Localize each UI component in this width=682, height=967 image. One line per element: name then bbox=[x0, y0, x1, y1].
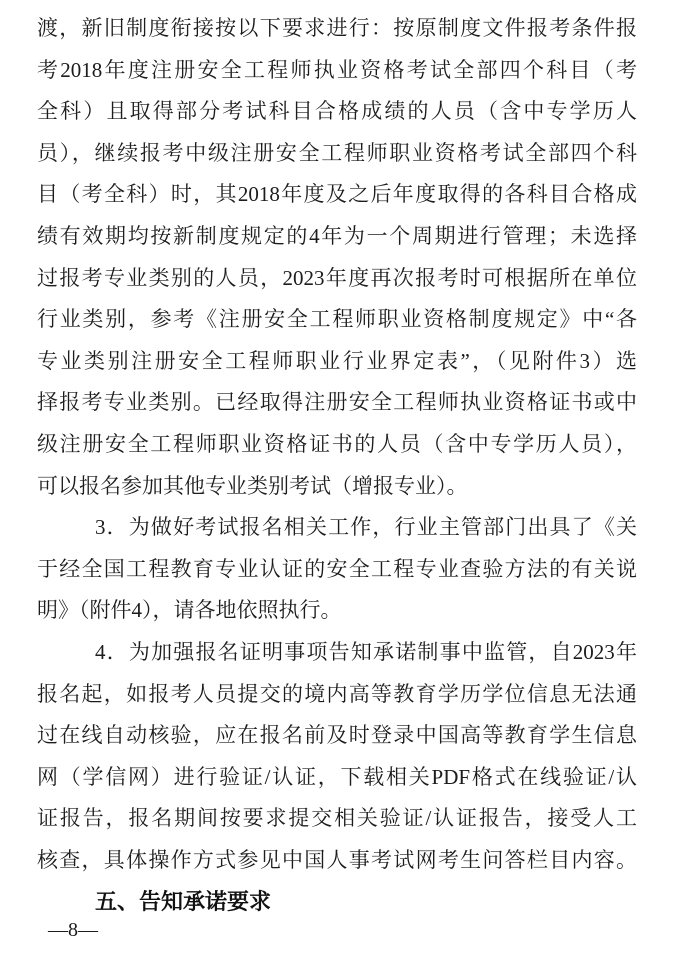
text-line: 择报考专业类别。已经取得注册安全工程师执业资格证书或中 bbox=[37, 382, 637, 424]
text-line: 级注册安全工程师职业资格证书的人员（含中专学历人员）， bbox=[37, 424, 637, 466]
text-line: 行业类别，参考《注册安全工程师职业资格制度规定》中“各 bbox=[37, 299, 637, 341]
text-line: 过在线自动核验，应在报名前及时登录中国高等教育学生信息 bbox=[37, 715, 637, 757]
text-line: 可以报名参加其他专业类别考试（增报专业）。 bbox=[37, 466, 637, 508]
text-line: 网（学信网）进行验证/认证，下载相关PDF格式在线验证/认 bbox=[37, 757, 637, 799]
page-number: —8— bbox=[48, 918, 98, 942]
document-page: 渡，新旧制度衔接按以下要求进行：按原制度文件报考条件报 考2018年度注册安全工… bbox=[0, 0, 682, 967]
text-line: 过报考专业类别的人员，2023年度再次报考时可根据所在单位 bbox=[37, 258, 637, 300]
body-text: 渡，新旧制度衔接按以下要求进行：按原制度文件报考条件报 考2018年度注册安全工… bbox=[37, 8, 637, 923]
text-line: 专业类别注册安全工程师职业行业界定表”，（见附件3）选 bbox=[37, 341, 637, 383]
text-line: 渡，新旧制度衔接按以下要求进行：按原制度文件报考条件报 bbox=[37, 8, 637, 50]
text-line: 于经全国工程教育专业认证的安全工程专业查验方法的有关说 bbox=[37, 549, 637, 591]
text-line: 明》（附件4），请各地依照执行。 bbox=[37, 590, 637, 632]
text-line: 考2018年度注册安全工程师执业资格考试全部四个科目（考 bbox=[37, 50, 637, 92]
text-line: 核查，具体操作方式参见中国人事考试网考生问答栏目内容。 bbox=[37, 840, 637, 882]
text-line: 3．为做好考试报名相关工作，行业主管部门出具了《关 bbox=[37, 507, 637, 549]
text-line: 证报告，报名期间按要求提交相关验证/认证报告，接受人工 bbox=[37, 798, 637, 840]
text-line: 目（考全科）时，其2018年度及之后年度取得的各科目合格成 bbox=[37, 174, 637, 216]
text-line: 全科）且取得部分考试科目合格成绩的人员（含中专学历人 bbox=[37, 91, 637, 133]
text-line: 员），继续报考中级注册安全工程师职业资格考试全部四个科 bbox=[37, 133, 637, 175]
text-line: 4．为加强报名证明事项告知承诺制事中监管，自2023年 bbox=[37, 632, 637, 674]
text-line: 绩有效期均按新制度规定的4年为一个周期进行管理；未选择 bbox=[37, 216, 637, 258]
text-line: 报名起，如报考人员提交的境内高等教育学历学位信息无法通 bbox=[37, 674, 637, 716]
section-heading: 五、告知承诺要求 bbox=[37, 881, 637, 923]
